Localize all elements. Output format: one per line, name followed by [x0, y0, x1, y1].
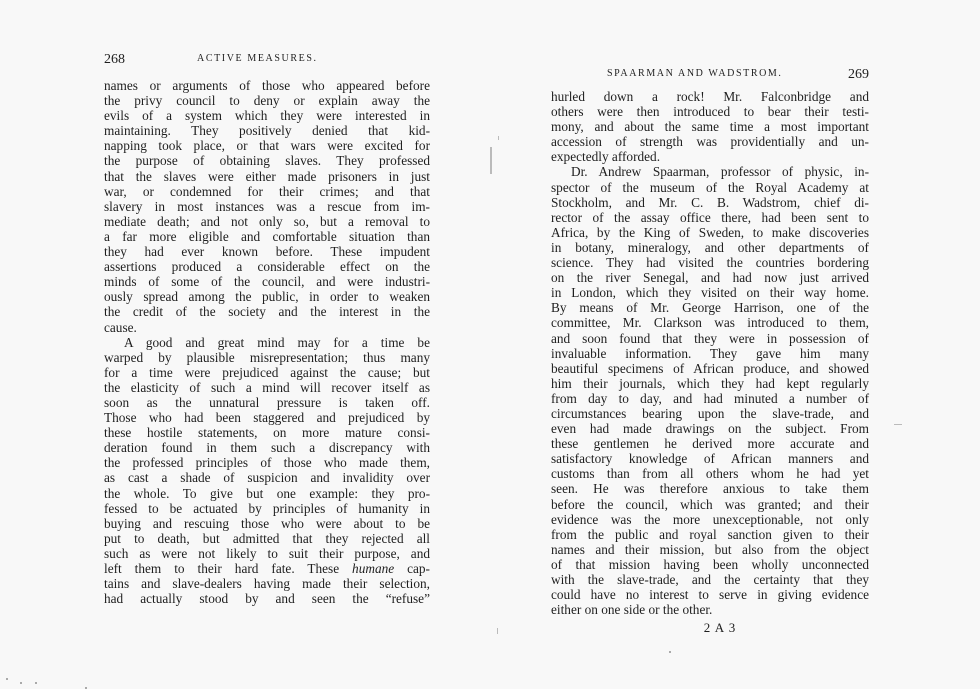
- text-line: and soon found that they were in possess…: [551, 331, 869, 346]
- running-head-title-left: ACTIVE MEASURES.: [197, 53, 318, 64]
- text-line: of that mission having been wholly uncon…: [551, 557, 869, 572]
- text-line: assertions produced a considerable effec…: [104, 259, 430, 274]
- text-line: the elasticity of such a mind will recov…: [104, 380, 430, 395]
- text-line: before the council, which was granted; a…: [551, 497, 869, 512]
- text-line: warped by plausible misrepresentation; t…: [104, 350, 430, 365]
- printer-signature-mark: 2 A 3: [551, 620, 869, 636]
- text-line: deration found in them such a discrepanc…: [104, 440, 430, 455]
- text-line: beautiful specimens of African produce, …: [551, 361, 869, 376]
- text-line: could have no interest to serve in givin…: [551, 587, 869, 602]
- text-line: for a time were prejudiced against the c…: [104, 365, 430, 380]
- text-line: slavery in most instances was a rescue f…: [104, 199, 430, 214]
- text-line: the purpose of obtaining slaves. They pr…: [104, 153, 430, 168]
- text-line: either on one side or the other.: [551, 602, 869, 617]
- text-line: seen. He was therefore anxious to take t…: [551, 481, 869, 496]
- text-line: in botany, mineralogy, and other departm…: [551, 240, 869, 255]
- text-line: with the slave-trade, and the certainty …: [551, 572, 869, 587]
- text-line: as cast a shade of suspicion and invalid…: [104, 470, 430, 485]
- text-line: others were then introduced to bear thei…: [551, 104, 869, 119]
- text-line: accession of strength was providentially…: [551, 134, 869, 149]
- running-head-title-right: SPAARMAN AND WADSTROM.: [607, 68, 783, 79]
- page-number-right: 269: [848, 67, 869, 83]
- text-line: hurled down a rock! Mr. Falconbridge and: [551, 89, 869, 104]
- text-line: satisfactory knowledge of African manner…: [551, 451, 869, 466]
- text-line: had actually stood by and seen the “refu…: [104, 591, 430, 606]
- text-line: minds of some of the council, and were i…: [104, 274, 430, 289]
- text-line: Those who had been staggered and prejudi…: [104, 410, 430, 425]
- left-running-head: 268 ACTIVE MEASURES.: [104, 52, 430, 68]
- text-line: soon as the unnatural pressure is taken …: [104, 395, 430, 410]
- left-page: 268 ACTIVE MEASURES. names or arguments …: [104, 52, 430, 606]
- text-line: Dr. Andrew Spaarman, professor of physic…: [551, 164, 869, 179]
- scan-speck: [669, 651, 671, 653]
- text-line: mony, and about the same time a most imp…: [551, 119, 869, 134]
- gutter-speck: [497, 628, 498, 634]
- text-line: Stockholm, and Mr. C. B. Wadstrom, chief…: [551, 195, 869, 210]
- text-line: spector of the museum of the Royal Acade…: [551, 180, 869, 195]
- text-line: in London, which they visited on their w…: [551, 285, 869, 300]
- text-line: rector of the assay office there, had be…: [551, 210, 869, 225]
- text-line: him their journals, which they had kept …: [551, 376, 869, 391]
- text-line: science. They had visited the countries …: [551, 255, 869, 270]
- scan-speck: [20, 682, 22, 684]
- text-line: A good and great mind may for a time be: [104, 335, 430, 350]
- text-line: the privy council to deny or explain awa…: [104, 93, 430, 108]
- scan-speck: [35, 682, 37, 684]
- text-line: tains and slave-dealers having made thei…: [104, 576, 430, 591]
- page-number-left: 268: [104, 52, 125, 68]
- text-line: the whole. To give but one example: they…: [104, 486, 430, 501]
- text-line: customs than from all others whom he had…: [551, 466, 869, 481]
- left-page-body: names or arguments of those who appeared…: [104, 78, 430, 606]
- text-line: names and their mission, but also from t…: [551, 542, 869, 557]
- text-line: maintaining. They positively denied that…: [104, 123, 430, 138]
- gutter-shadow-mark: [490, 147, 492, 174]
- margin-dash: [894, 424, 902, 425]
- text-line: these hostile statements, on more mature…: [104, 425, 430, 440]
- text-line: invaluable information. They gave him ma…: [551, 346, 869, 361]
- text-line: circumstances bearing upon the slave-tra…: [551, 406, 869, 421]
- text-line: evils of a system which they were intere…: [104, 108, 430, 123]
- text-line: expectedly afforded.: [551, 149, 869, 164]
- text-line: By means of Mr. George Harrison, one of …: [551, 300, 869, 315]
- text-line: the credit of the society and the intere…: [104, 304, 430, 319]
- text-line: committee, Mr. Clarkson was introduced t…: [551, 315, 869, 330]
- text-line: buying and rescuing those who were about…: [104, 516, 430, 531]
- text-line: names or arguments of those who appeared…: [104, 78, 430, 93]
- text-line: such as were not likely to suit their pu…: [104, 546, 430, 561]
- right-page: SPAARMAN AND WADSTROM. 269 hurled down a…: [551, 67, 869, 636]
- text-line: fessed to be actuated by principles of h…: [104, 501, 430, 516]
- text-line: a far more eligible and comfortable situ…: [104, 229, 430, 244]
- text-line: the professed principles of those who ma…: [104, 455, 430, 470]
- text-line: these gentlemen he derived more accurate…: [551, 436, 869, 451]
- text-line: Africa, by the King of Sweden, to make d…: [551, 225, 869, 240]
- text-line: they had ever known before. These impude…: [104, 244, 430, 259]
- text-line: ously spread among the public, in order …: [104, 289, 430, 304]
- text-line: even had made drawings on the subject. F…: [551, 421, 869, 436]
- right-running-head: SPAARMAN AND WADSTROM. 269: [551, 67, 869, 83]
- text-line: cause.: [104, 320, 430, 335]
- text-line: evidence was the more unexceptionable, n…: [551, 512, 869, 527]
- text-line: on the river Senegal, and had now just a…: [551, 270, 869, 285]
- gutter-speck: [498, 136, 499, 140]
- text-line: from the public and royal sanction given…: [551, 527, 869, 542]
- text-line: left them to their hard fate. These huma…: [104, 561, 430, 576]
- text-line: from day to day, and had minuted a numbe…: [551, 391, 869, 406]
- text-line: war, or condemned for their crimes; and …: [104, 184, 430, 199]
- text-line: mediate death; and not only so, but a re…: [104, 214, 430, 229]
- scan-speck: [6, 678, 8, 680]
- right-page-body: hurled down a rock! Mr. Falconbridge and…: [551, 89, 869, 617]
- text-line: put to death, but admitted that they rej…: [104, 531, 430, 546]
- text-line: napping took place, or that wars were ex…: [104, 138, 430, 153]
- text-line: that the slaves were either made prisone…: [104, 169, 430, 184]
